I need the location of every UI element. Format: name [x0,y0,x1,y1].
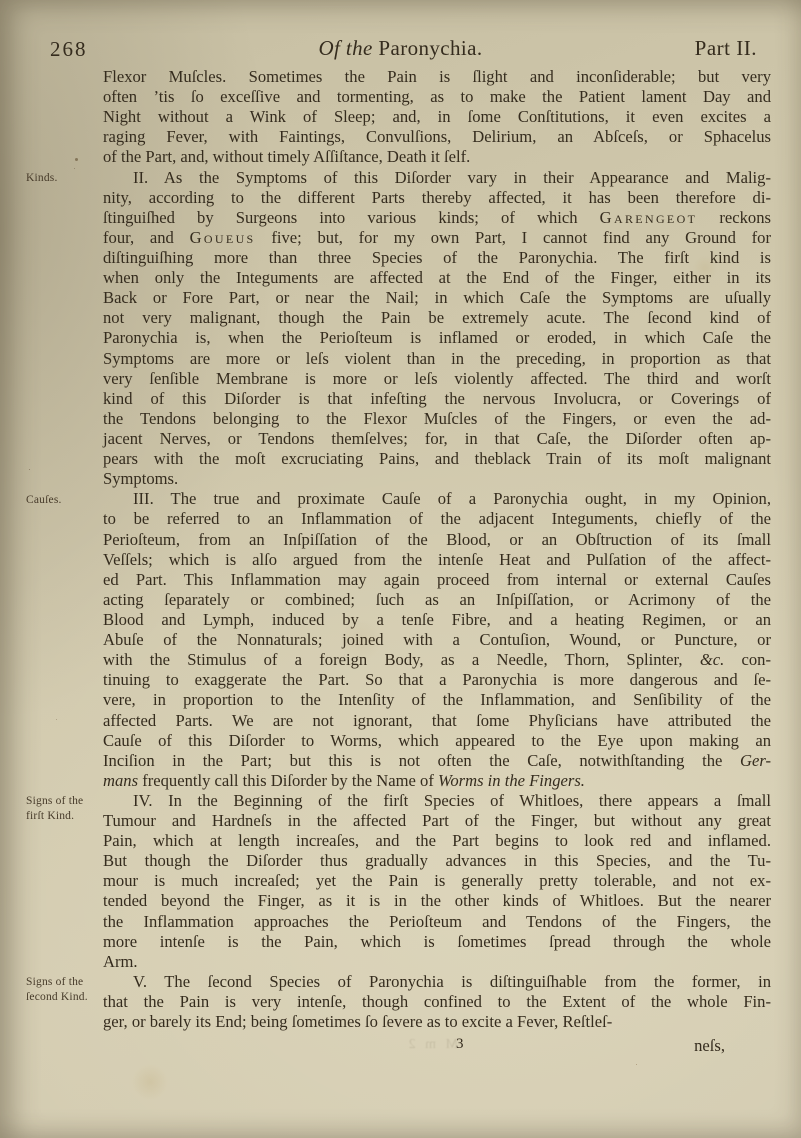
text-line: when only the Integuments are affected a… [103,268,771,288]
text-line: mour is much increaſed; yet the Pain is … [103,871,771,891]
text-line: Arm. [103,952,771,972]
text-line: ſtinguiſhed by Surgeons into various kin… [103,208,771,228]
text-line: of the Part, and, without timely Aſſiſta… [103,147,771,167]
text-segment: very ſenſible Membrane is more or leſs v… [103,369,771,388]
text-segment: tinuing to exaggerate the Part. So that … [103,670,771,689]
text-line: tended beyond the Finger, as it is in th… [103,891,771,911]
text-line: Blood and Lymph, induced by a tenſe Fibr… [103,610,771,630]
text-segment: not very malignant, though the Pain be e… [103,308,771,327]
text-segment: kind of this Diſorder is that infeſting … [103,389,771,408]
text-segment: Back or Fore Part, or near the Nail; in … [103,288,771,307]
text-segment: Night without a Wink of Sleep; and, in ſ… [103,107,771,126]
text-segment: jacent Nerves, or Tendons themſelves; fo… [103,429,771,448]
text-line: But though the Diſorder thus gradually a… [103,851,771,871]
text-segment: But though the Diſorder thus gradually a… [103,851,771,870]
text-segment: acting ſeparately or combined; ſuch as a… [103,590,771,609]
margin-note: Kinds. [26,171,100,186]
text-line: vere, in proportion to the Intenſity of … [103,690,771,710]
margin-note: Cauſes. [26,493,100,508]
text-line: ger, or barely its End; being ſometimes … [103,1012,771,1032]
text-segment: when only the Integuments are affected a… [103,268,771,287]
text-line: Pain, which at length increaſes, and the… [103,831,771,851]
text-segment: the Tendons belonging to the Flexor Muſc… [103,409,771,428]
text-segment: of the Part, and, without timely Aſſiſta… [103,147,470,166]
text-segment: five; but, for my own Part, I cannot fin… [256,228,771,247]
text-segment: tended beyond the Finger, as it is in th… [103,891,771,910]
text-line: III. The true and proximate Cauſe of a P… [103,489,771,509]
text-segment: mour is much increaſed; yet the Pain is … [103,871,771,890]
text-segment: Worms in the Fingers. [438,771,585,790]
text-line: with the Stimulus of a foreign Body, as … [103,650,771,670]
text-segment: Pain, which at length increaſes, and the… [103,831,771,850]
text-segment: to be referred to an Inflammation of the… [103,509,771,528]
text-line: Symptoms are more or leſs violent than i… [103,349,771,369]
text-line: diſtinguiſhing more than three Species o… [103,248,771,268]
text-segment: Goueus [190,228,256,247]
text-segment: frequently call this Diſorder by the Nam… [138,771,438,790]
text-line: four, and Goueus five; but, for my own P… [103,228,771,248]
text-segment: nity, according to the different Parts t… [103,188,771,207]
catchword: neſs, [553,1036,725,1056]
text-segment: ger, or barely its End; being ſometimes … [103,1012,612,1031]
text-segment: Symptoms are more or leſs violent than i… [103,349,771,368]
text-line: not very malignant, though the Pain be e… [103,308,771,328]
page-title-italic: Of the [318,36,372,60]
text-segment: II. As the Symptoms of this Diſorder var… [133,168,771,187]
text-segment: with the Stimulus of a foreign Body, as … [103,650,700,669]
text-line: very ſenſible Membrane is more or leſs v… [103,369,771,389]
text-segment: III. The true and proximate Cauſe of a P… [133,489,771,508]
text-segment: affected Parts. We are not ignorant, tha… [103,711,771,730]
text-segment: diſtinguiſhing more than three Species o… [103,248,771,267]
page-title-roman: Paronychia. [373,36,483,60]
text-segment: more intenſe is the Pain, which is ſomet… [103,932,771,951]
text-segment: pears with the moſt excruciating Pains, … [103,449,771,468]
text-line: ed Part. This Inflammation may again pro… [103,570,771,590]
text-segment: Perioſteum, from an Inſpiſſation of the … [103,530,771,549]
text-segment: Tumour and Hardneſs in the affected Part… [103,811,771,830]
text-line: pears with the moſt excruciating Pains, … [103,449,771,469]
text-line: more intenſe is the Pain, which is ſomet… [103,932,771,952]
text-line: to be referred to an Inflammation of the… [103,509,771,529]
text-line: Night without a Wink of Sleep; and, in ſ… [103,107,771,127]
ink-speck [75,158,78,161]
text-line: the Inflammation approaches the Perioſte… [103,912,771,932]
text-segment: vere, in proportion to the Intenſity of … [103,690,771,709]
text-line: Paronychia is, when the Perioſteum is in… [103,328,771,348]
text-line: Tumour and Hardneſs in the affected Part… [103,811,771,831]
text-line: IV. In the Beginning of the firſt Specie… [103,791,771,811]
text-line: often ’tis ſo exceſſive and tormenting, … [103,87,771,107]
text-line: mans frequently call this Diſorder by th… [103,771,771,791]
margin-note: Signs of the ſecond Kind. [26,975,100,1004]
text-segment: Blood and Lymph, induced by a tenſe Fibr… [103,610,771,629]
text-line: tinuing to exaggerate the Part. So that … [103,670,771,690]
text-line: Symptoms. [103,469,771,489]
text-line: II. As the Symptoms of this Diſorder var… [103,168,771,188]
text-segment: Abuſe of the Nonnaturals; joined with a … [103,630,771,649]
body-text: Flexor Muſcles. Sometimes the Pain is ſl… [103,67,771,1032]
text-line: Back or Fore Part, or near the Nail; in … [103,288,771,308]
text-segment: Ger- [740,751,771,770]
text-line: acting ſeparately or combined; ſuch as a… [103,590,771,610]
page-title: Of the Paronychia. [0,36,801,61]
show-through-signature: M m 2 [368,1037,458,1053]
text-line: raging Fever, with Faintings, Convulſion… [103,127,771,147]
text-segment: Inciſion in the Part; but this is not of… [103,751,740,770]
text-line: Flexor Muſcles. Sometimes the Pain is ſl… [103,67,771,87]
book-page: 268 Of the Paronychia. Part II. Kinds.Ca… [0,0,801,1138]
text-segment: ed Part. This Inflammation may again pro… [103,570,771,589]
text-segment: often ’tis ſo exceſſive and tormenting, … [103,87,771,106]
text-segment: con- [724,650,771,669]
text-line: Veſſels; which is alſo argued from the i… [103,550,771,570]
text-segment: reckons [697,208,771,227]
text-segment: the Inflammation approaches the Perioſte… [103,912,771,931]
text-segment: Symptoms. [103,469,178,488]
text-segment: &c. [700,650,724,669]
text-segment: V. The ſecond Species of Paronychia is d… [133,972,771,991]
text-segment: Flexor Muſcles. Sometimes the Pain is ſl… [103,67,771,86]
text-segment: Cauſe of this Diſorder to Worms, which a… [103,731,771,750]
text-segment: Veſſels; which is alſo argued from the i… [103,550,771,569]
text-line: jacent Nerves, or Tendons themſelves; fo… [103,429,771,449]
margin-note: Signs of the firſt Kind. [26,794,100,823]
text-line: Inciſion in the Part; but this is not of… [103,751,771,771]
text-segment: raging Fever, with Faintings, Convulſion… [103,127,771,146]
text-segment: that the Pain is very intenſe, though co… [103,992,771,1011]
text-segment: ſtinguiſhed by Surgeons into various kin… [103,208,600,227]
text-segment: four, and [103,228,190,247]
text-line: Abuſe of the Nonnaturals; joined with a … [103,630,771,650]
text-segment: mans [103,771,138,790]
text-line: kind of this Diſorder is that infeſting … [103,389,771,409]
text-line: the Tendons belonging to the Flexor Muſc… [103,409,771,429]
text-line: affected Parts. We are not ignorant, tha… [103,711,771,731]
text-line: Cauſe of this Diſorder to Worms, which a… [103,731,771,751]
text-segment: Arm. [103,952,138,971]
page-header: 268 Of the Paronychia. Part II. [0,36,801,64]
text-segment: Garengeot [600,208,698,227]
text-line: Perioſteum, from an Inſpiſſation of the … [103,530,771,550]
text-segment: IV. In the Beginning of the firſt Specie… [133,791,771,810]
text-segment: Paronychia is, when the Perioſteum is in… [103,328,771,347]
text-line: that the Pain is very intenſe, though co… [103,992,771,1012]
text-line: nity, according to the different Parts t… [103,188,771,208]
part-label: Part II. [695,36,757,61]
text-line: V. The ſecond Species of Paronychia is d… [103,972,771,992]
